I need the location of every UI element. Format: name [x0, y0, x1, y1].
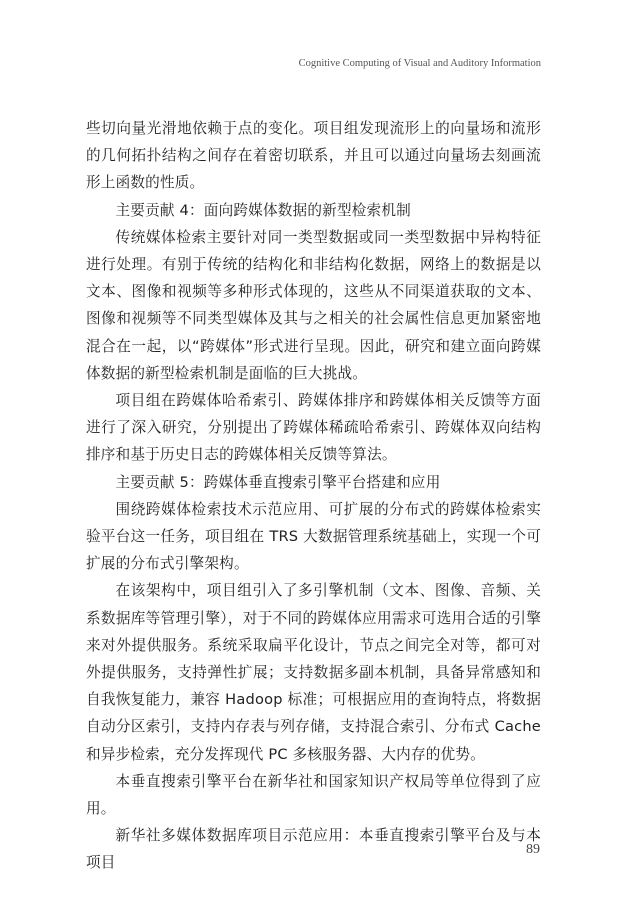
paragraph-crossmedia-research: 项目组在跨媒体哈希索引、跨媒体排序和跨媒体相关反馈等方面进行了深入研究，分别提出…	[86, 387, 541, 469]
paragraph-multi-engine: 在该架构中，项目组引入了多引擎机制（文本、图像、音频、关系数据库等管理引擎），对…	[86, 577, 541, 767]
contribution-5-heading: 主要贡献 5：跨媒体垂直搜索引擎平台搭建和应用	[86, 469, 541, 496]
body-text: 些切向量光滑地依赖于点的变化。项目组发现流形上的向量场和流形的几何拓扑结构之间存…	[86, 115, 541, 877]
paragraph-trs-platform: 围绕跨媒体检索技术示范应用、可扩展的分布式的跨媒体检索实验平台这一任务，项目组在…	[86, 496, 541, 578]
running-header: Cognitive Computing of Visual and Audito…	[86, 58, 541, 69]
paragraph-continuation: 些切向量光滑地依赖于点的变化。项目组发现流形上的向量场和流形的几何拓扑结构之间存…	[86, 115, 541, 197]
page-number: 89	[490, 842, 540, 858]
paragraph-applications: 本垂直搜索引擎平台在新华社和国家知识产权局等单位得到了应用。	[86, 768, 541, 822]
paragraph-crossmedia-challenge: 传统媒体检索主要针对同一类型数据或同一类型数据中异构特征进行处理。有别于传统的结…	[86, 224, 541, 387]
paragraph-xinhua-demo: 新华社多媒体数据库项目示范应用：本垂直搜索引擎平台及与本项目	[86, 822, 541, 876]
contribution-4-heading: 主要贡献 4：面向跨媒体数据的新型检索机制	[86, 197, 541, 224]
